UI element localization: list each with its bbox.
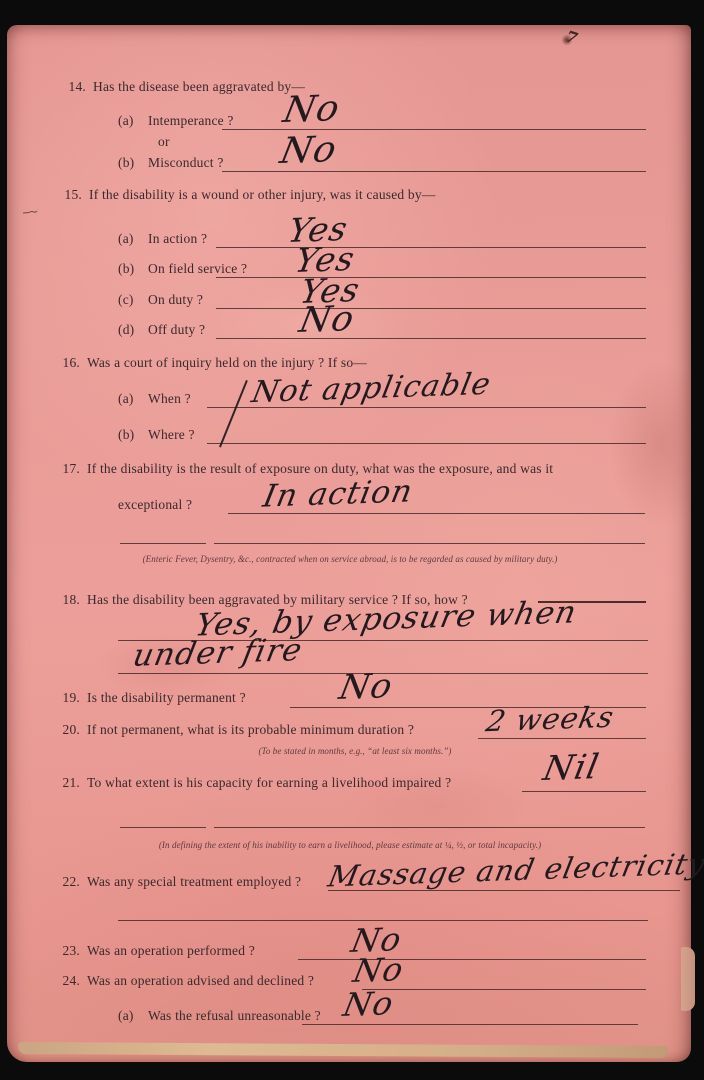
q16-text: Was a court of inquiry held on the injur…	[87, 355, 367, 371]
q16a-label: When ?	[148, 391, 191, 407]
q24a-letter: (a)	[118, 1008, 134, 1024]
q22-number: 22.	[52, 874, 80, 890]
q15b-label: On field service ?	[148, 261, 247, 277]
q14b-label: Misconduct ?	[148, 155, 224, 171]
q17-number: 17.	[52, 461, 80, 477]
q20-answer-line	[478, 738, 646, 739]
q14a-answer-handwriting: No	[280, 91, 343, 129]
q21-extra-line-right	[214, 827, 645, 828]
q17-note: (Enteric Fever, Dysentry, &c., contracte…	[110, 554, 590, 564]
q16b-label: Where ?	[148, 427, 195, 443]
q15c-answer-line	[216, 308, 646, 309]
q18-number: 18.	[52, 592, 80, 608]
q21-answer-handwriting: Nil	[540, 750, 602, 786]
q15d-answer-handwriting: No	[296, 302, 357, 339]
q15c-label: On duty ?	[148, 292, 203, 308]
q17-text-line1: If the disability is the result of expos…	[87, 461, 553, 477]
q14a-letter: (a)	[118, 113, 134, 129]
q15-text: If the disability is a wound or other in…	[89, 187, 436, 203]
q16a-letter: (a)	[118, 391, 134, 407]
q19-answer-handwriting: No	[336, 669, 395, 705]
q17-answer-handwriting: In action	[260, 476, 415, 512]
q15b-letter: (b)	[118, 261, 134, 277]
q24a-answer-handwriting: No	[341, 987, 397, 1021]
q24-answer-line	[362, 989, 646, 990]
q17-text-line2: exceptional ?	[118, 497, 192, 513]
q15d-label: Off duty ?	[148, 322, 205, 338]
q17-extra-line-left	[120, 543, 206, 544]
q19-text: Is the disability permanent ?	[87, 690, 246, 706]
q14b-letter: (b)	[118, 155, 134, 171]
q16b-letter: (b)	[118, 427, 134, 443]
scanned-form-page: 7 --~ 14. Has the disease been aggravate…	[0, 0, 704, 1080]
q14-text: Has the disease been aggravated by—	[93, 79, 305, 95]
q15a-answer-line	[216, 247, 646, 248]
q15a-label: In action ?	[148, 231, 207, 247]
q14-conjunction: or	[158, 134, 170, 150]
q20-note: (To be stated in months, e.g., “at least…	[225, 746, 485, 756]
q20-answer-handwriting: 2 weeks	[484, 703, 617, 736]
q14b-answer-handwriting: No	[277, 132, 340, 170]
q21-text: To what extent is his capacity for earni…	[87, 775, 451, 791]
q15d-answer-line	[216, 338, 646, 339]
q15b-answer-line	[216, 277, 646, 278]
q15a-letter: (a)	[118, 231, 134, 247]
q20-number: 20.	[52, 722, 80, 738]
q16a-answer-handwriting: Not applicable	[249, 370, 493, 408]
q24-number: 24.	[52, 973, 80, 989]
q16b-answer-line	[207, 443, 646, 444]
q15d-letter: (d)	[118, 322, 134, 338]
q16-number: 16.	[52, 355, 80, 371]
q22-text: Was any special treatment employed ?	[87, 874, 301, 890]
torn-edge-tab	[681, 947, 695, 1011]
q24-answer-handwriting: No	[351, 953, 407, 987]
q23-number: 23.	[52, 943, 80, 959]
q15-number: 15.	[54, 187, 82, 203]
q18-answer2-handwriting: under fire	[130, 635, 305, 672]
q24a-label: Was the refusal unreasonable ?	[148, 1008, 321, 1024]
q21-number: 21.	[52, 775, 80, 791]
q21-note: (In defining the extent of his inability…	[95, 840, 605, 850]
q21-extra-line-left	[120, 827, 206, 828]
q14-number: 14.	[58, 79, 86, 95]
q24-text: Was an operation advised and declined ?	[87, 973, 314, 989]
q15c-letter: (c)	[118, 292, 134, 308]
q20-text: If not permanent, what is its probable m…	[87, 722, 414, 738]
q21-answer-line	[522, 791, 646, 792]
q17-extra-line-right	[214, 543, 645, 544]
q23-text: Was an operation performed ?	[87, 943, 255, 959]
q14a-label: Intemperance ?	[148, 113, 234, 129]
q19-number: 19.	[52, 690, 80, 706]
q24a-answer-line	[302, 1024, 638, 1025]
